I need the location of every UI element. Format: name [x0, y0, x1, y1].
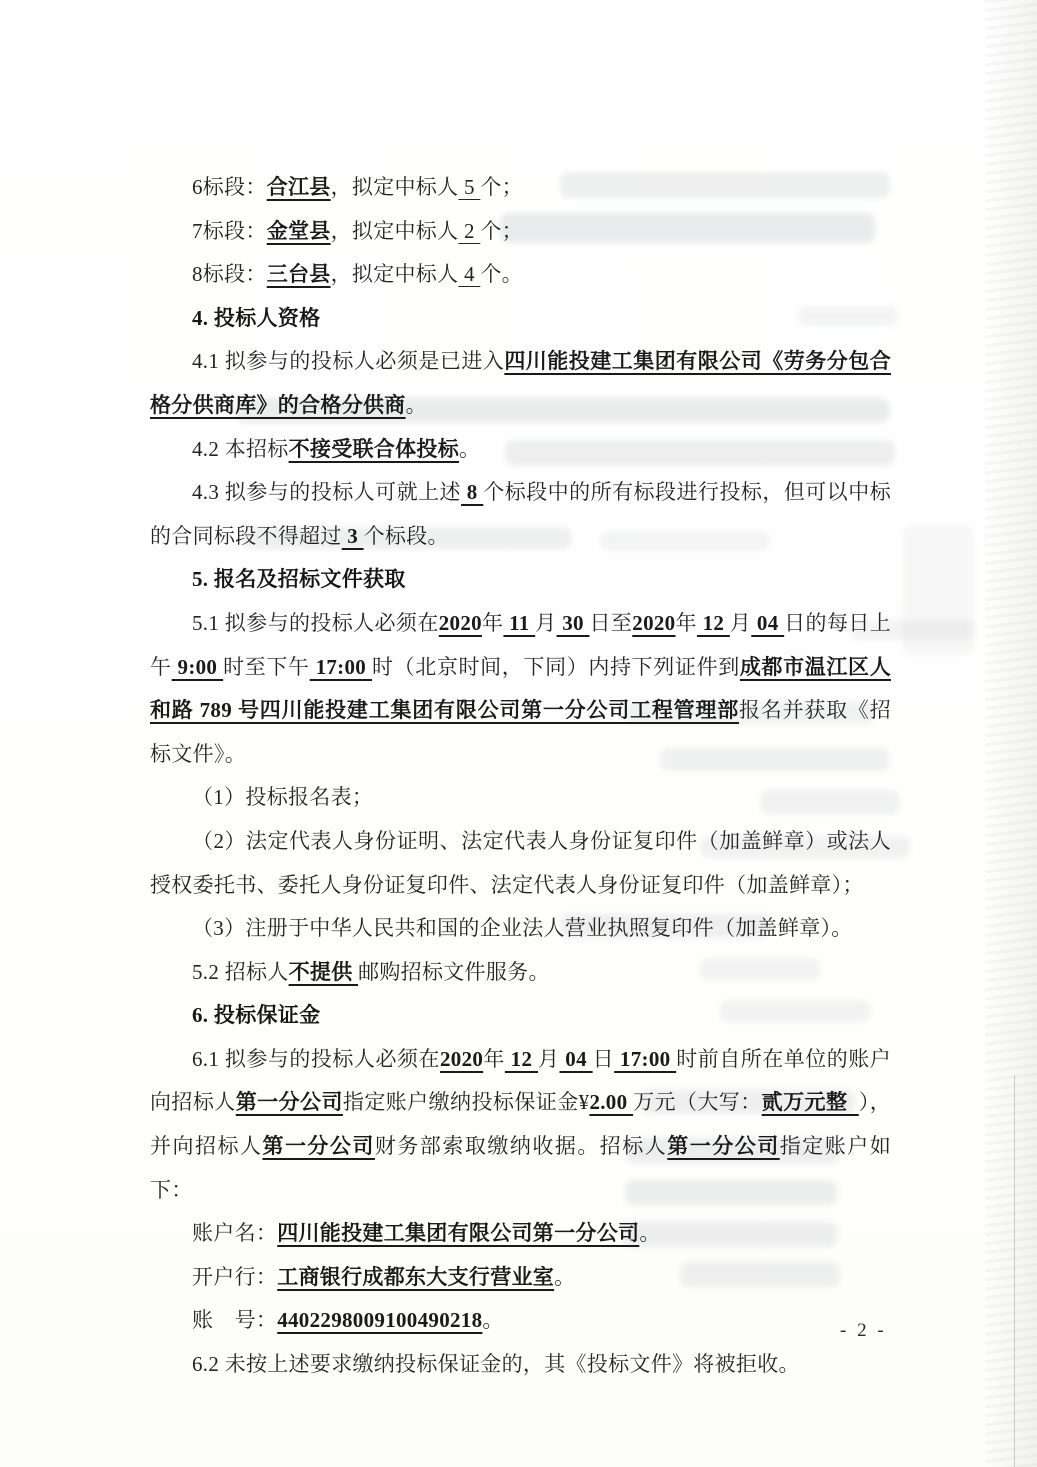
text-run: 9:00 — [172, 655, 223, 679]
text-run: 金堂县 — [267, 219, 331, 243]
scan-edge-noise — [985, 0, 1037, 1467]
text-run: 日 — [593, 1047, 615, 1071]
text-run: 4. 投标人资格 — [192, 306, 320, 330]
text-run: 04 — [560, 1047, 593, 1071]
text-run: 4.3 拟参与的投标人可就上述 — [192, 480, 461, 504]
text-run: 5 — [458, 175, 480, 199]
text-run: 6.1 拟参与的投标人必须在 — [192, 1047, 440, 1071]
text-run: 04 — [751, 611, 784, 635]
text-run: 时（北京时间，下同）内持下列证件到 — [372, 655, 740, 679]
paragraph: 6标段：合江县，拟定中标人 5 个； — [150, 166, 891, 210]
text-run: 。 — [406, 393, 427, 417]
text-run: 月 — [535, 611, 556, 635]
text-run: 账户名： — [192, 1221, 277, 1245]
text-run: 个； — [480, 219, 523, 243]
text-run: 开户行： — [192, 1265, 277, 1289]
text-run: 12 — [697, 611, 730, 635]
text-run: 个。 — [480, 262, 523, 286]
text-run: 4402298009100490218 — [277, 1308, 482, 1332]
section-heading: 5. 报名及招标文件获取 — [150, 558, 891, 602]
text-run: 个； — [480, 175, 523, 199]
text-run: 7标段： — [192, 219, 267, 243]
text-run: 30 — [557, 611, 590, 635]
text-run: 8标段： — [192, 262, 267, 286]
document-body: 6标段：合江县，拟定中标人 5 个；7标段：金堂县，拟定中标人 2 个；8标段：… — [150, 166, 891, 1387]
text-run: 11 — [503, 611, 535, 635]
paragraph: 账户名：四川能投建工集团有限公司第一分公司。 — [150, 1212, 891, 1256]
scan-edge-hairline — [1014, 1075, 1015, 1467]
text-run: （3）注册于中华人民共和国的企业法人营业执照复印件（加盖鲜章）。 — [192, 916, 853, 940]
text-run: 三台县 — [267, 262, 331, 286]
section-heading: 6. 投标保证金 — [150, 994, 891, 1038]
text-run: 2 — [458, 219, 480, 243]
paragraph: 6.2 未按上述要求缴纳投标保证金的，其《投标文件》将被拒收。 — [150, 1343, 891, 1387]
paragraph: （3）注册于中华人民共和国的企业法人营业执照复印件（加盖鲜章）。 — [150, 907, 891, 951]
text-run: 5. 报名及招标文件获取 — [192, 567, 406, 591]
text-run: 第一分公司 — [236, 1090, 343, 1114]
text-run: 工商银行成都东大支行营业室 — [277, 1265, 554, 1289]
paragraph: 账 号：4402298009100490218。 — [150, 1299, 891, 1343]
text-run: 12 — [505, 1047, 538, 1071]
text-run: 4.1 拟参与的投标人必须是已进入 — [192, 349, 504, 373]
text-run: 17:00 — [614, 1047, 676, 1071]
text-run: 月 — [538, 1047, 560, 1071]
text-run: 四川能投建工集团有限公司第一分公司 — [277, 1221, 639, 1245]
text-run: 时至下午 — [223, 655, 310, 679]
paragraph: 4.2 本招标不接受联合体投标。 — [150, 428, 891, 472]
paragraph: （2）法定代表人身份证明、法定代表人身份证复印件（加盖鲜章）或法人授权委托书、委… — [150, 820, 891, 907]
text-run: 6. 投标保证金 — [192, 1003, 320, 1027]
text-run: 5.2 招标人 — [192, 960, 289, 984]
text-run: 邮购招标文件服务。 — [358, 960, 550, 984]
text-run: 。 — [482, 1308, 503, 1332]
text-run: 。 — [459, 437, 480, 461]
text-run: 个标段。 — [364, 524, 449, 548]
paragraph: 6.1 拟参与的投标人必须在2020年 12 月 04 日 17:00 时前自所… — [150, 1038, 891, 1212]
text-run: 2020 — [632, 611, 675, 635]
text-run: 4.2 本招标 — [192, 437, 289, 461]
text-run: （1）投标报名表； — [192, 785, 373, 809]
scanned-document-page: 6标段：合江县，拟定中标人 5 个；7标段：金堂县，拟定中标人 2 个；8标段：… — [0, 0, 1037, 1467]
paragraph: 5.2 招标人不提供 邮购招标文件服务。 — [150, 951, 891, 995]
text-run: 17:00 — [310, 655, 372, 679]
text-run: 年 — [482, 611, 504, 635]
text-run: 指定账户缴纳投标保证金¥ — [343, 1090, 590, 1114]
text-run: 年 — [483, 1047, 505, 1071]
text-run: 不接受联合体投标 — [289, 437, 459, 461]
paragraph: 4.1 拟参与的投标人必须是已进入四川能投建工集团有限公司《劳务分包合格分供商库… — [150, 340, 891, 427]
section-heading: 4. 投标人资格 — [150, 297, 891, 341]
text-run: ，拟定中标人 — [331, 175, 459, 199]
paragraph: 8标段：三台县，拟定中标人 4 个。 — [150, 253, 891, 297]
text-run: 8 — [461, 480, 483, 504]
text-run: ，拟定中标人 — [331, 219, 459, 243]
text-run: ，拟定中标人 — [331, 262, 459, 286]
text-run: 6.2 未按上述要求缴纳投标保证金的，其《投标文件》将被拒收。 — [192, 1352, 800, 1376]
text-run: 不提供 — [289, 960, 358, 984]
paragraph: 4.3 拟参与的投标人可就上述 8 个标段中的所有标段进行投标，但可以中标的合同… — [150, 471, 891, 558]
text-run: 第一分公司 — [262, 1134, 374, 1158]
paragraph: 7标段：金堂县，拟定中标人 2 个； — [150, 210, 891, 254]
text-run: 万元（大写： — [633, 1090, 762, 1114]
text-run: 贰万元整 — [762, 1090, 859, 1114]
text-run: 。 — [554, 1265, 575, 1289]
page-number: - 2 - — [840, 1320, 887, 1342]
text-run: 3 — [342, 524, 364, 548]
text-run: 年 — [675, 611, 697, 635]
text-run: 2020 — [440, 1047, 483, 1071]
paragraph: 5.1 拟参与的投标人必须在2020年 11 月 30 日至2020年 12 月… — [150, 602, 891, 776]
text-run: 账 号： — [192, 1308, 277, 1332]
text-run: 财务部索取缴纳收据。招标人 — [375, 1134, 667, 1158]
text-run: 第一分公司 — [667, 1134, 779, 1158]
text-run: 2.00 — [589, 1090, 633, 1114]
text-run: 合江县 — [267, 175, 331, 199]
text-run: 6标段： — [192, 175, 267, 199]
paragraph: 开户行：工商银行成都东大支行营业室。 — [150, 1256, 891, 1300]
text-run: 4 — [458, 262, 480, 286]
text-run: 2020 — [439, 611, 482, 635]
text-run: 月 — [730, 611, 751, 635]
text-run: 。 — [639, 1221, 660, 1245]
text-run: 日至 — [589, 611, 632, 635]
text-run: （2）法定代表人身份证明、法定代表人身份证复印件（加盖鲜章）或法人授权委托书、委… — [150, 829, 891, 897]
paragraph: （1）投标报名表； — [150, 776, 891, 820]
text-run: 5.1 拟参与的投标人必须在 — [192, 611, 439, 635]
ink-bleed-artifact — [902, 525, 974, 655]
